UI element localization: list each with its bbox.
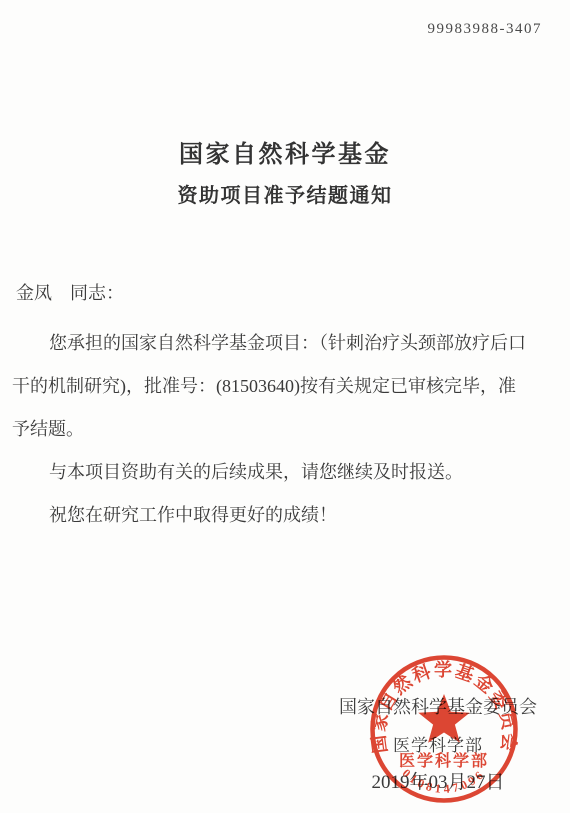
- seal-dept-text: 医学科学部: [399, 751, 489, 770]
- body-line: 您承担的国家自然科学基金项目：（针刺治疗头颈部放疗后口: [12, 322, 562, 365]
- body-line: 干的机制研究)，批准号：(81503640)按有关规定已审核完毕，准: [12, 365, 562, 408]
- body-line: 予结题。: [12, 408, 562, 451]
- official-seal: 国家自然科学基金委员会 医学科学部 0108147096: [359, 644, 529, 813]
- body-line: 祝您在研究工作中取得更好的成绩！: [12, 494, 562, 537]
- doc-number: 99983988-3407: [428, 21, 543, 38]
- letter-page: 99983988-3407 国家自然科学基金 资助项目准予结题通知 金凤 同志：…: [0, 0, 570, 813]
- body-line: 与本项目资助有关的后续成果，请您继续及时报送。: [12, 451, 562, 494]
- seal-star-icon: [418, 694, 469, 743]
- letter-title: 国家自然科学基金: [0, 134, 570, 169]
- letter-subtitle: 资助项目准予结题通知: [0, 179, 570, 208]
- salutation: 金凤 同志：: [16, 279, 124, 305]
- letter-body: 您承担的国家自然科学基金项目：（针刺治疗头颈部放疗后口 干的机制研究)，批准号：…: [12, 322, 562, 537]
